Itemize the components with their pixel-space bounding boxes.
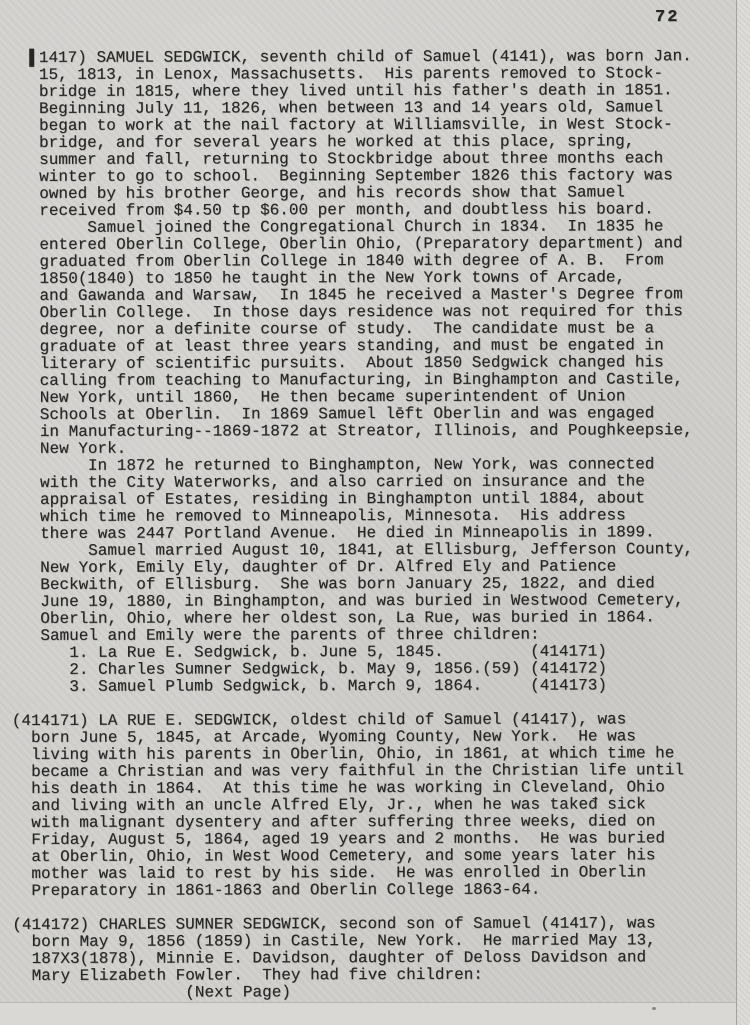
document-text: ▌1417) SAMUEL SEDGWICK, seventh child of… xyxy=(10,48,694,1002)
page-number: 72 xyxy=(655,8,679,27)
scan-right-edge xyxy=(736,0,750,1025)
scan-speck xyxy=(652,1007,656,1010)
scanned-page: 72 ▌1417) SAMUEL SEDGWICK, seventh child… xyxy=(0,0,750,1025)
scan-bottom-edge xyxy=(0,1002,750,1025)
